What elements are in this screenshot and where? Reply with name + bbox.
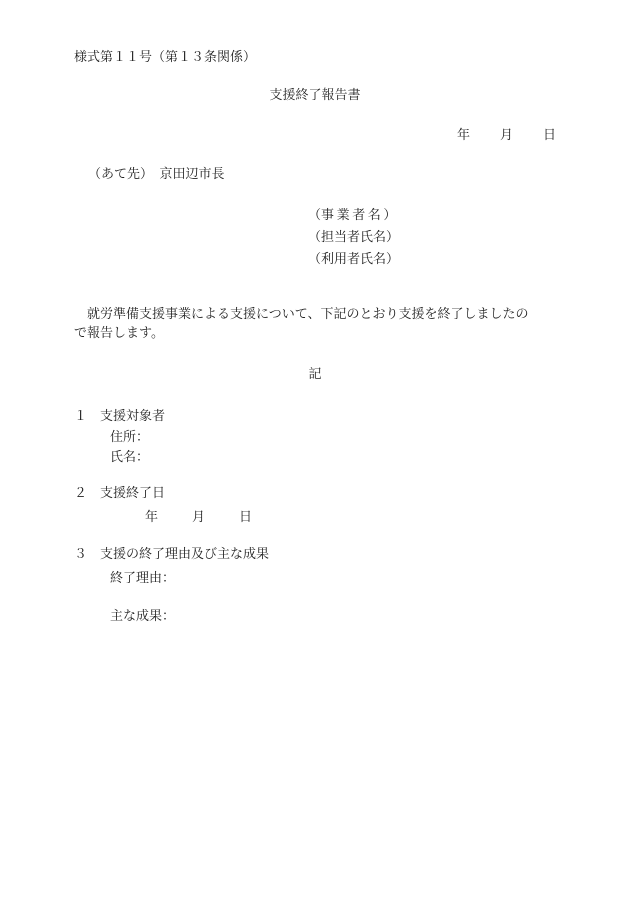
main-results-field-label: 主な成果： <box>110 608 175 624</box>
form-number: 様式第１１号（第１３条関係） <box>74 49 256 65</box>
day-label: 日 <box>543 127 556 143</box>
user-name-field-label: （利用者氏名） <box>308 251 399 267</box>
end-year-label: 年 <box>145 509 158 525</box>
document-page: 様式第１１号（第１３条関係） 支援終了報告書 年 月 日 （あて先） 京田辺市長… <box>0 0 630 903</box>
document-title: 支援終了報告書 <box>0 87 630 103</box>
staff-name-field-label: （担当者氏名） <box>308 229 399 245</box>
support-end-date-line: 年 月 日 <box>145 509 252 525</box>
record-marker: 記 <box>0 366 630 382</box>
section-3-heading: ３ 支援の終了理由及び主な成果 <box>74 546 269 562</box>
end-reason-field-label: 終了理由： <box>110 570 175 586</box>
month-label: 月 <box>500 127 513 143</box>
end-month-label: 月 <box>192 509 205 525</box>
section-1-heading: １ 支援対象者 <box>74 408 165 424</box>
name-field-label: 氏名： <box>110 449 149 465</box>
business-name-field-label: （事 業 者 名 ） <box>308 207 396 223</box>
section-2-heading: ２ 支援終了日 <box>74 485 165 501</box>
end-day-label: 日 <box>239 509 252 525</box>
report-date-line: 年 月 日 <box>457 127 556 143</box>
addressee-line: （あて先） 京田辺市長 <box>88 166 225 182</box>
address-field-label: 住所： <box>110 429 149 445</box>
year-label: 年 <box>457 127 470 143</box>
body-paragraph-line-2: で報告します。 <box>74 325 164 341</box>
body-paragraph-line-1: 就労準備支援事業による支援について、下記のとおり支援を終了しましたの <box>74 306 528 322</box>
